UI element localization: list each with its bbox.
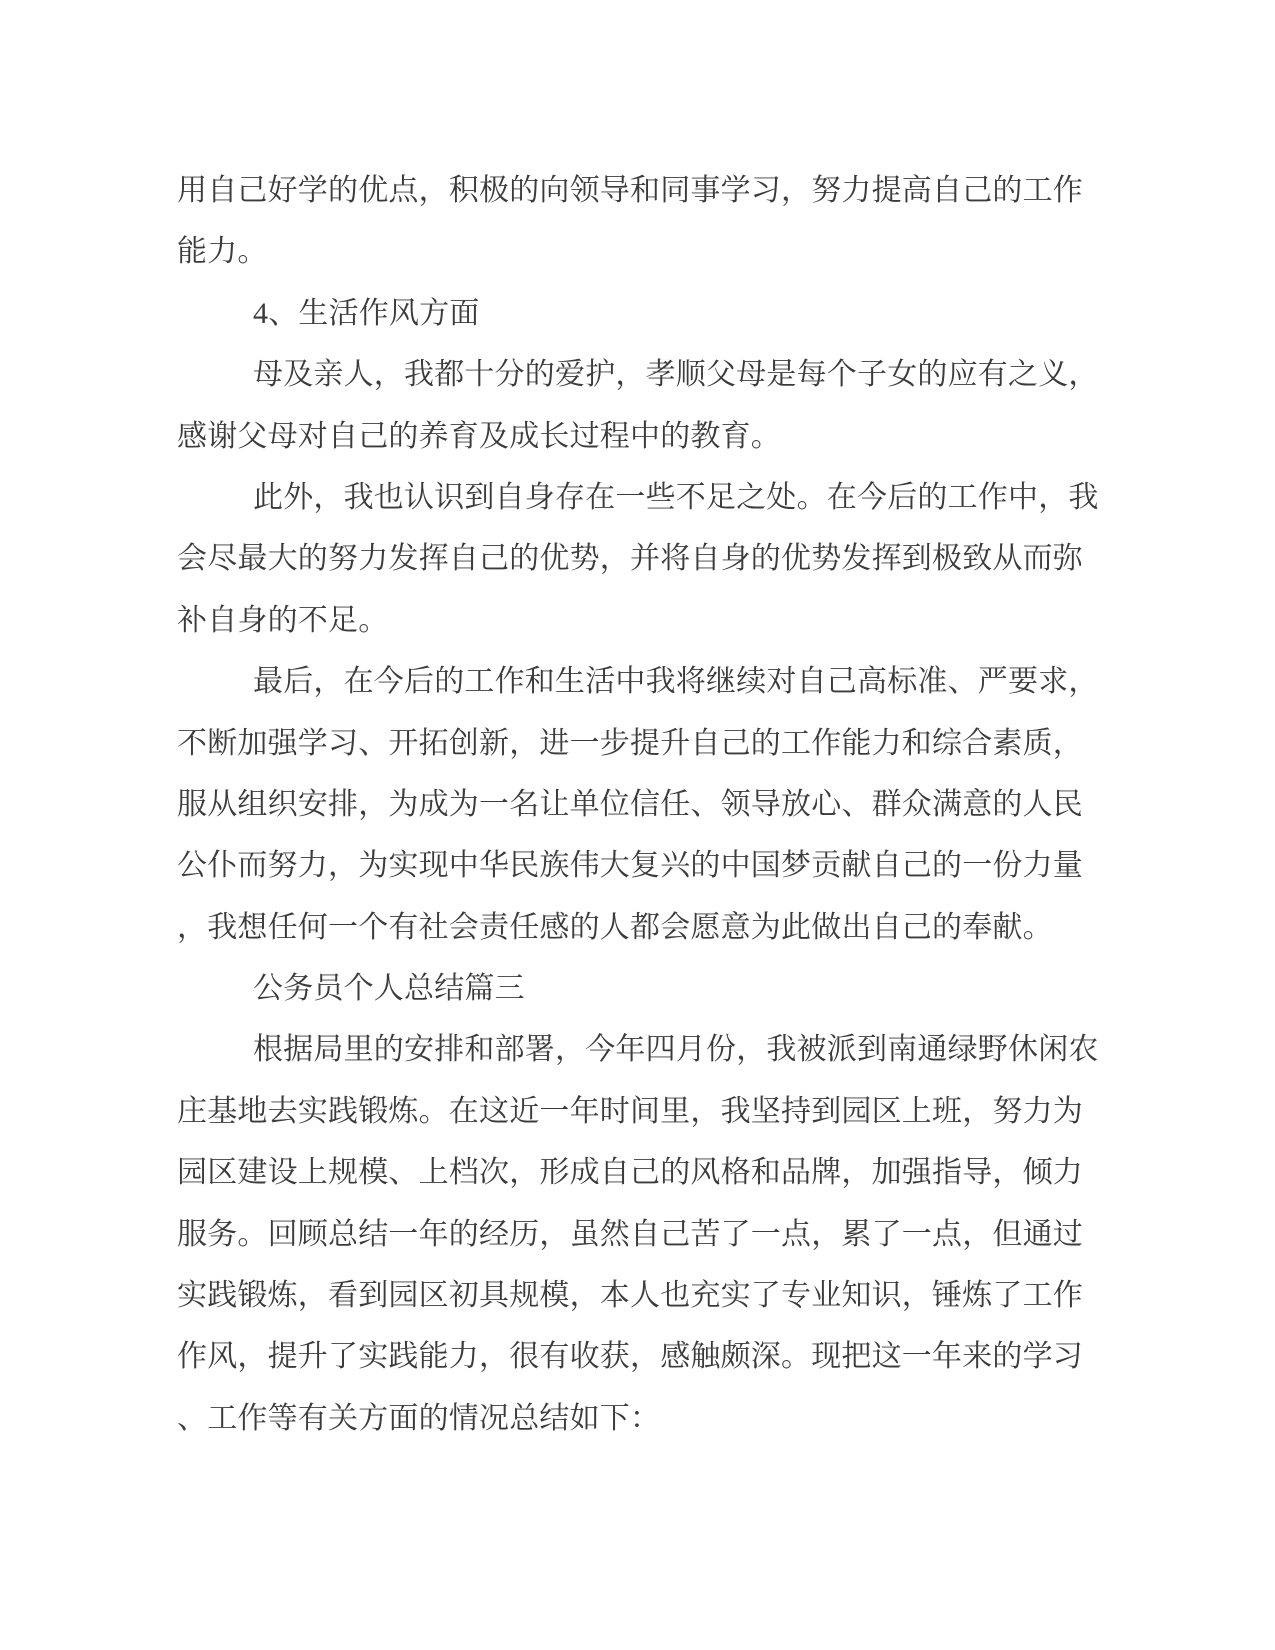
text-line: 、工作等有关方面的情况总结如下： <box>177 1388 1117 1449</box>
text-line: 用自己好学的优点，积极的向领导和同事学习，努力提高自己的工作 <box>177 160 1117 221</box>
text-line: 作风，提升了实践能力，很有收获，感触颇深。现把这一年来的学习 <box>177 1326 1117 1387</box>
text-line: ，我想任何一个有社会责任感的人都会愿意为此做出自己的奉献。 <box>177 897 1117 958</box>
text-line: 公仆而努力，为实现中华民族伟大复兴的中国梦贡献自己的一份力量 <box>177 835 1117 896</box>
text-line: 此外，我也认识到自身存在一些不足之处。在今后的工作中，我 <box>177 467 1117 528</box>
text-line: 母及亲人，我都十分的爱护，孝顺父母是每个子女的应有之义， <box>177 344 1117 405</box>
text-line: 补自身的不足。 <box>177 590 1117 651</box>
text-line: 最后，在今后的工作和生活中我将继续对自己高标准、严要求， <box>177 651 1117 712</box>
text-line: 公务员个人总结篇三 <box>177 958 1117 1019</box>
text-line: 4、生活作风方面 <box>177 283 1117 344</box>
text-line: 服务。回顾总结一年的经历，虽然自己苦了一点，累了一点，但通过 <box>177 1204 1117 1265</box>
text-line: 实践锻炼，看到园区初具规模，本人也充实了专业知识，锤炼了工作 <box>177 1265 1117 1326</box>
document-text-block: 用自己好学的优点，积极的向领导和同事学习，努力提高自己的工作能力。4、生活作风方… <box>177 160 1117 1449</box>
text-line: 庄基地去实践锻炼。在这近一年时间里，我坚持到园区上班，努力为 <box>177 1081 1117 1142</box>
text-line: 会尽最大的努力发挥自己的优势，并将自身的优势发挥到极致从而弥 <box>177 528 1117 589</box>
text-line: 服从组织安排，为成为一名让单位信任、领导放心、群众满意的人民 <box>177 774 1117 835</box>
text-line: 根据局里的安排和部署，今年四月份，我被派到南通绿野休闲农 <box>177 1019 1117 1080</box>
text-line: 能力。 <box>177 221 1117 282</box>
text-line: 不断加强学习、开拓创新，进一步提升自己的工作能力和综合素质， <box>177 713 1117 774</box>
document-page: 用自己好学的优点，积极的向领导和同事学习，努力提高自己的工作能力。4、生活作风方… <box>0 0 1275 1650</box>
text-line: 感谢父母对自己的养育及成长过程中的教育。 <box>177 406 1117 467</box>
text-line: 园区建设上规模、上档次，形成自己的风格和品牌，加强指导，倾力 <box>177 1142 1117 1203</box>
